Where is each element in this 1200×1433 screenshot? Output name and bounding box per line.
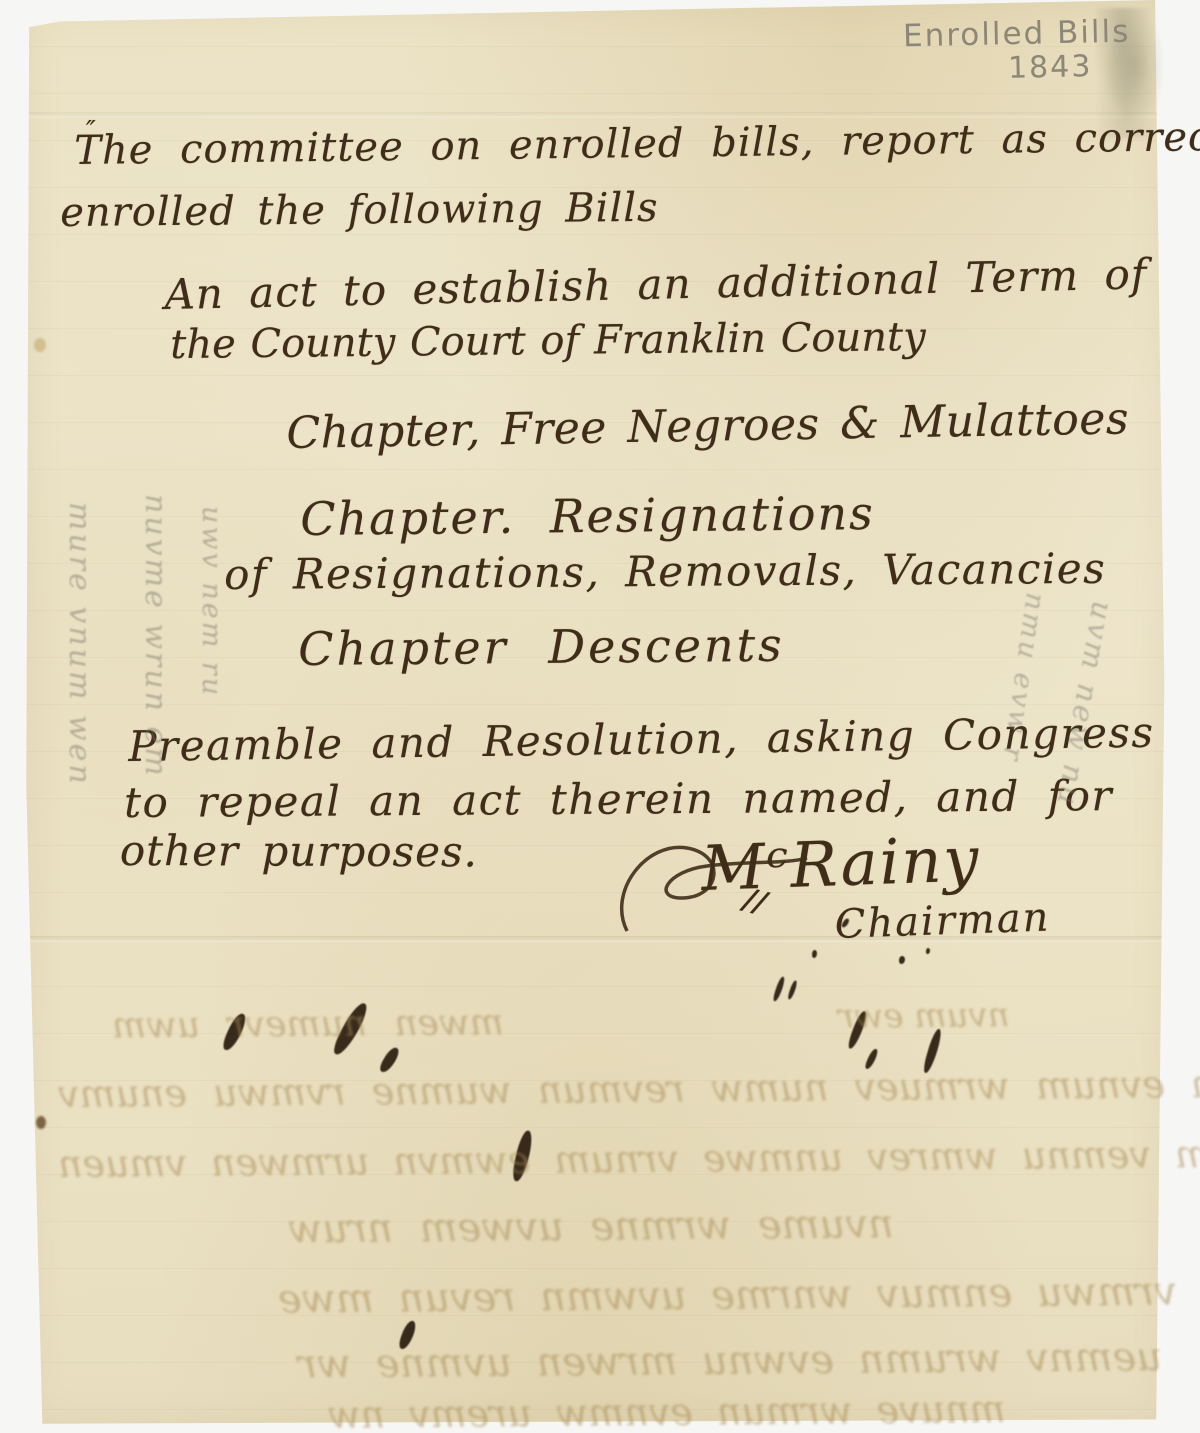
verso-showthrough-line: mnuve wrmun evnmw uremv nw [328,1387,1006,1433]
margin-scribble: mure vnum wen [62,502,97,787]
archival-note-year: 1843 [1008,49,1093,86]
margin-scribble: nuvme wrun em [138,494,173,779]
manuscript-line: Chapter. Resignations [300,486,875,546]
signature-title: Chairman [834,894,1051,947]
manuscript-line: Chapter Descents [298,618,785,676]
manuscript-line: other purposes. [120,826,478,876]
verso-showthrough-line: mwen numevr uwm [112,1002,504,1046]
archival-note-title: Enrolled Bills [903,14,1131,55]
foxing-spot [36,1116,46,1129]
margin-scribble: uwv nem ru [196,506,227,698]
verso-showthrough-line: uemnv wrumn evwnu mrwen uvmne wr [298,1334,1162,1388]
verso-showthrough-line: nvume wrmne uvwem nruw [288,1201,894,1252]
signature-name: MᶜRainy [700,822,982,905]
manuscript-line: to repeal an act therein named, and for [124,771,1113,827]
manuscript-line: of Resignations, Removals, Vacancies [224,544,1106,599]
foxing-spot [34,338,46,352]
verso-showthrough-line: nvum ewr [838,995,1010,1036]
manuscript-line: enrolled the following Bills [60,185,659,236]
manuscript-line: the County Court of Franklin County [170,314,926,368]
verso-showthrough-line: wmune vrmwu enmuv wnrme uvwmn revun mwe [278,1267,1200,1322]
